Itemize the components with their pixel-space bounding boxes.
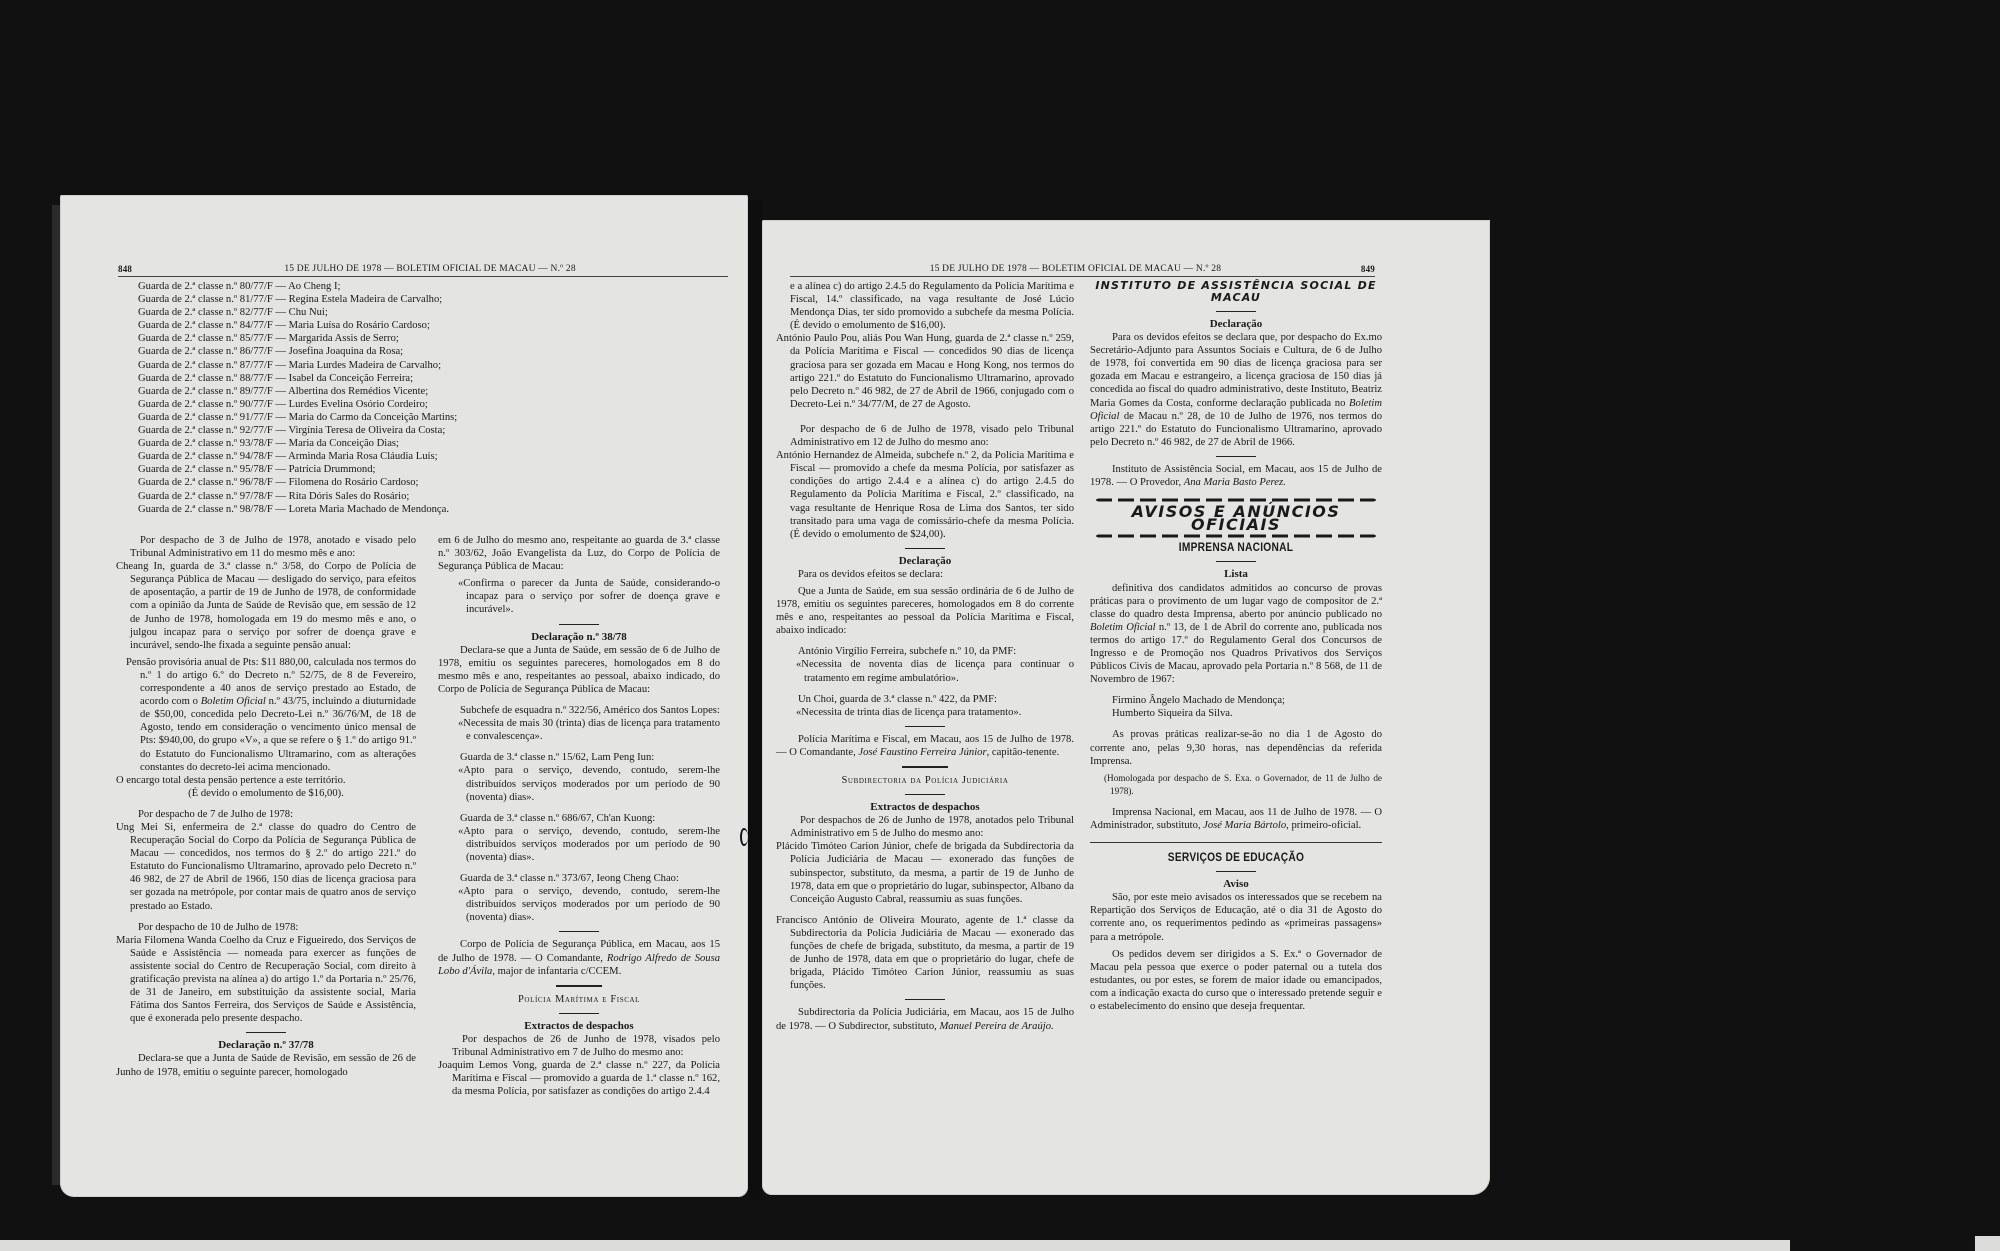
section-rule <box>1090 842 1382 843</box>
parecer-quote: «Apto para o serviço, devendo, contudo, … <box>438 825 720 864</box>
despacho-intro: Por despachos de 26 de Junho de 1978, vi… <box>438 1033 720 1059</box>
parecer-subject: Un Choi, guarda de 3.ª classe n.º 422, d… <box>776 693 1074 706</box>
institute-heading: INSTITUTO DE ASSISTÊNCIA SOCIAL DE MACAU <box>1090 280 1382 304</box>
section-divider <box>905 548 945 549</box>
homologation-note: (Homologada por despacho de S. Exa. o Go… <box>1090 772 1382 798</box>
parecer-quote: «Confirma o parecer da Junta de Saúde, c… <box>438 577 720 616</box>
parecer-quote: «Apto para o serviço, devendo, contudo, … <box>438 764 720 803</box>
guard-list-item: Guarda de 2.ª classe n.º 84/77/F — Maria… <box>138 319 698 332</box>
left-col-1: Por despacho de 3 de Julho de 1978, anot… <box>116 534 416 1079</box>
parecer-subject: Guarda de 3.ª classe n.º 373/67, Ieong C… <box>438 872 720 885</box>
section-banner: AVISOS E ANÚNCIOS OFICIAIS <box>1090 505 1382 531</box>
despacho-intro: Por despacho de 6 de Julho de 1978, visa… <box>776 423 1074 449</box>
left-col-2: em 6 de Julho do mesmo ano, respeitante … <box>438 534 720 1098</box>
guard-list-item: Guarda de 2.ª classe n.º 92/77/F — Virgí… <box>138 424 698 437</box>
scan-margin-mark <box>740 828 748 846</box>
despacho-body: António Paulo Pou, aliás Pou Wan Hung, g… <box>776 332 1074 411</box>
right-col-2: INSTITUTO DE ASSISTÊNCIA SOCIAL DE MACAU… <box>1090 280 1382 1013</box>
section-title: Extractos de despachos <box>776 801 1074 814</box>
parecer-quote: «Necessita de mais 30 (trinta) dias de l… <box>438 717 720 743</box>
despacho-intro: Por despacho de 10 de Julho de 1978: <box>116 921 416 934</box>
despacho-body: Cheang In, guarda de 3.ª classe n.º 3/58… <box>116 560 416 652</box>
guard-list-item: Guarda de 2.ª classe n.º 89/77/F — Alber… <box>138 385 698 398</box>
section-title: Lista <box>1090 568 1382 581</box>
signature-block: Subdirectoria da Polícia Judiciária, em … <box>776 1006 1074 1032</box>
section-title: Declaração n.º 37/78 <box>116 1039 416 1052</box>
aviso-paragraph: Os pedidos devem ser dirigidos a S. Ex.ª… <box>1090 948 1382 1013</box>
despacho-body: António Hernandez de Almeida, subchefe n… <box>776 449 1074 541</box>
guard-list-item: Guarda de 2.ª classe n.º 96/78/F — Filom… <box>138 476 698 489</box>
guard-list-item: Guarda de 2.ª classe n.º 88/77/F — Isabe… <box>138 372 698 385</box>
aviso-paragraph: São, por este meio avisados os interessa… <box>1090 891 1382 943</box>
section-title: Declaração n.º 38/78 <box>438 631 720 644</box>
declaration-intro: Para os devidos efeitos se declara: <box>776 568 1074 581</box>
guard-list-item: Guarda de 2.ª classe n.º 97/78/F — Rita … <box>138 490 698 503</box>
section-divider <box>905 794 945 795</box>
section-title: Declaração <box>776 555 1074 568</box>
encargo-text: O encargo total desta pensão pertence a … <box>116 774 416 787</box>
guard-list-item: Guarda de 2.ª classe n.º 80/77/F — Ao Ch… <box>138 280 698 293</box>
parecer-subject: Guarda de 3.ª classe n.º 686/67, Ch'an K… <box>438 812 720 825</box>
section-divider <box>905 726 945 727</box>
signature-block: Polícia Marítima e Fiscal, em Macau, aos… <box>776 733 1074 759</box>
parecer-subject: Guarda de 3.ª classe n.º 15/62, Lam Peng… <box>438 751 720 764</box>
despacho-body: Maria Filomena Wanda Coelho da Cruz e Fi… <box>116 934 416 1026</box>
guard-list-item: Guarda de 2.ª classe n.º 90/77/F — Lurde… <box>138 398 698 411</box>
despacho-body: Ung Mei Si, enfermeira de 2.ª classe do … <box>116 821 416 913</box>
guard-list-item: Guarda de 2.ª classe n.º 95/78/F — Patrí… <box>138 463 698 476</box>
candidate-name: Humberto Siqueira da Silva. <box>1090 707 1382 720</box>
section-divider <box>905 999 945 1000</box>
declaration-body: Declara-se que a Junta de Saúde, em sess… <box>438 644 720 696</box>
guard-list-item: Guarda de 2.ª classe n.º 98/78/F — Loret… <box>138 503 698 516</box>
section-title: Extractos de despachos <box>438 1020 720 1033</box>
guard-list: Guarda de 2.ª classe n.º 80/77/F — Ao Ch… <box>138 280 698 516</box>
despacho-intro: Por despacho de 7 de Julho de 1978: <box>116 808 416 821</box>
ornamental-rule <box>1096 535 1376 538</box>
parecer-quote: «Necessita de noventa dias de licença pa… <box>776 658 1074 684</box>
page-number: 849 <box>1361 264 1375 274</box>
guard-list-item: Guarda de 2.ª classe n.º 86/77/F — Josef… <box>138 345 698 358</box>
book-binding-edge <box>52 205 60 1185</box>
guard-list-item: Guarda de 2.ª classe n.º 91/77/F — Maria… <box>138 411 698 424</box>
department-heading: Polícia Marítima e Fiscal <box>438 993 720 1006</box>
ornamental-rule <box>1096 499 1376 502</box>
section-divider <box>559 931 599 932</box>
section-divider <box>1216 561 1256 562</box>
guard-list-item: Guarda de 2.ª classe n.º 85/77/F — Marga… <box>138 332 698 345</box>
section-divider <box>559 1013 599 1014</box>
running-title: 15 DE JULHO DE 1978 — BOLETIM OFICIAL DE… <box>790 264 1361 274</box>
section-title: Aviso <box>1090 878 1382 891</box>
section-divider <box>556 985 602 987</box>
declaration-body: Para os devidos efeitos se declara que, … <box>1090 331 1382 449</box>
candidate-name: Firmino Ângelo Machado de Mendonça; <box>1090 694 1382 707</box>
provas-text: As provas práticas realizar-se-ão no dia… <box>1090 728 1382 767</box>
page-number: 848 <box>118 264 132 274</box>
signature-block: Instituto de Assistência Social, em Maca… <box>1090 463 1382 489</box>
despacho-intro: Por despacho de 3 de Julho de 1978, anot… <box>116 534 416 560</box>
department-heading: SERVIÇOS DE EDUCAÇÃO <box>1112 851 1360 864</box>
guard-list-item: Guarda de 2.ª classe n.º 87/77/F — Maria… <box>138 359 698 372</box>
right-col-1: e a alínea c) do artigo 2.4.5 do Regulam… <box>776 280 1074 1033</box>
section-divider <box>1216 311 1256 312</box>
left-page-header: 848 15 DE JULHO DE 1978 — BOLETIM OFICIA… <box>118 258 728 277</box>
running-title: 15 DE JULHO DE 1978 — BOLETIM OFICIAL DE… <box>132 264 728 274</box>
signature-block: Imprensa Nacional, em Macau, aos 11 de J… <box>1090 806 1382 832</box>
lista-body: definitiva dos candidatos admitidos ao c… <box>1090 582 1382 687</box>
parecer-subject: António Virgílio Ferreira, subchefe n.º … <box>776 645 1074 658</box>
section-divider <box>902 766 948 768</box>
next-page-edge-corner <box>1975 1236 2000 1251</box>
guard-list-item: Guarda de 2.ª classe n.º 94/78/F — Armin… <box>138 450 698 463</box>
parecer-quote: «Necessita de trinta dias de licença par… <box>776 706 1074 719</box>
despacho-body: Joaquim Lemos Vong, guarda de 2.ª classe… <box>438 1059 720 1098</box>
guard-list-item: Guarda de 2.ª classe n.º 93/78/F — Maria… <box>138 437 698 450</box>
book-gutter <box>748 200 762 1200</box>
emolumento-text: (É devido o emolumento de $16,00). <box>116 787 416 800</box>
next-page-edge <box>0 1240 1790 1251</box>
section-divider <box>1216 871 1256 872</box>
parecer-subject: Subchefe de esquadra n.º 322/56, Américo… <box>438 704 720 717</box>
right-page-header: 15 DE JULHO DE 1978 — BOLETIM OFICIAL DE… <box>790 258 1375 277</box>
section-title: Declaração <box>1090 318 1382 331</box>
declaration-body: Declara-se que a Junta de Saúde de Revis… <box>116 1052 416 1078</box>
section-divider <box>559 624 599 625</box>
guard-list-item: Guarda de 2.ª classe n.º 82/77/F — Chu N… <box>138 306 698 319</box>
parecer-quote: «Apto para o serviço, devendo, contudo, … <box>438 885 720 924</box>
pensao-text: Pensão provisória anual de Pts: $11 880,… <box>116 656 416 774</box>
continued-text: em 6 de Julho do mesmo ano, respeitante … <box>438 534 720 573</box>
department-heading: IMPRENSA NACIONAL <box>1112 541 1360 554</box>
continued-text: e a alínea c) do artigo 2.4.5 do Regulam… <box>776 280 1074 332</box>
despacho-body: Francisco António de Oliveira Mourato, a… <box>776 914 1074 993</box>
despacho-intro: Por despachos de 26 de Junho de 1978, an… <box>776 814 1074 840</box>
section-divider <box>246 1032 286 1033</box>
signature-block: Corpo de Polícia de Segurança Pública, e… <box>438 938 720 977</box>
department-heading: Subdirectoria da Polícia Judiciária <box>776 774 1074 787</box>
section-divider <box>1216 456 1256 457</box>
guard-list-item: Guarda de 2.ª classe n.º 81/77/F — Regin… <box>138 293 698 306</box>
despacho-body: Plácido Timóteo Carion Júnior, chefe de … <box>776 840 1074 905</box>
declaration-body: Que a Junta de Saúde, em sua sessão ordi… <box>776 585 1074 637</box>
